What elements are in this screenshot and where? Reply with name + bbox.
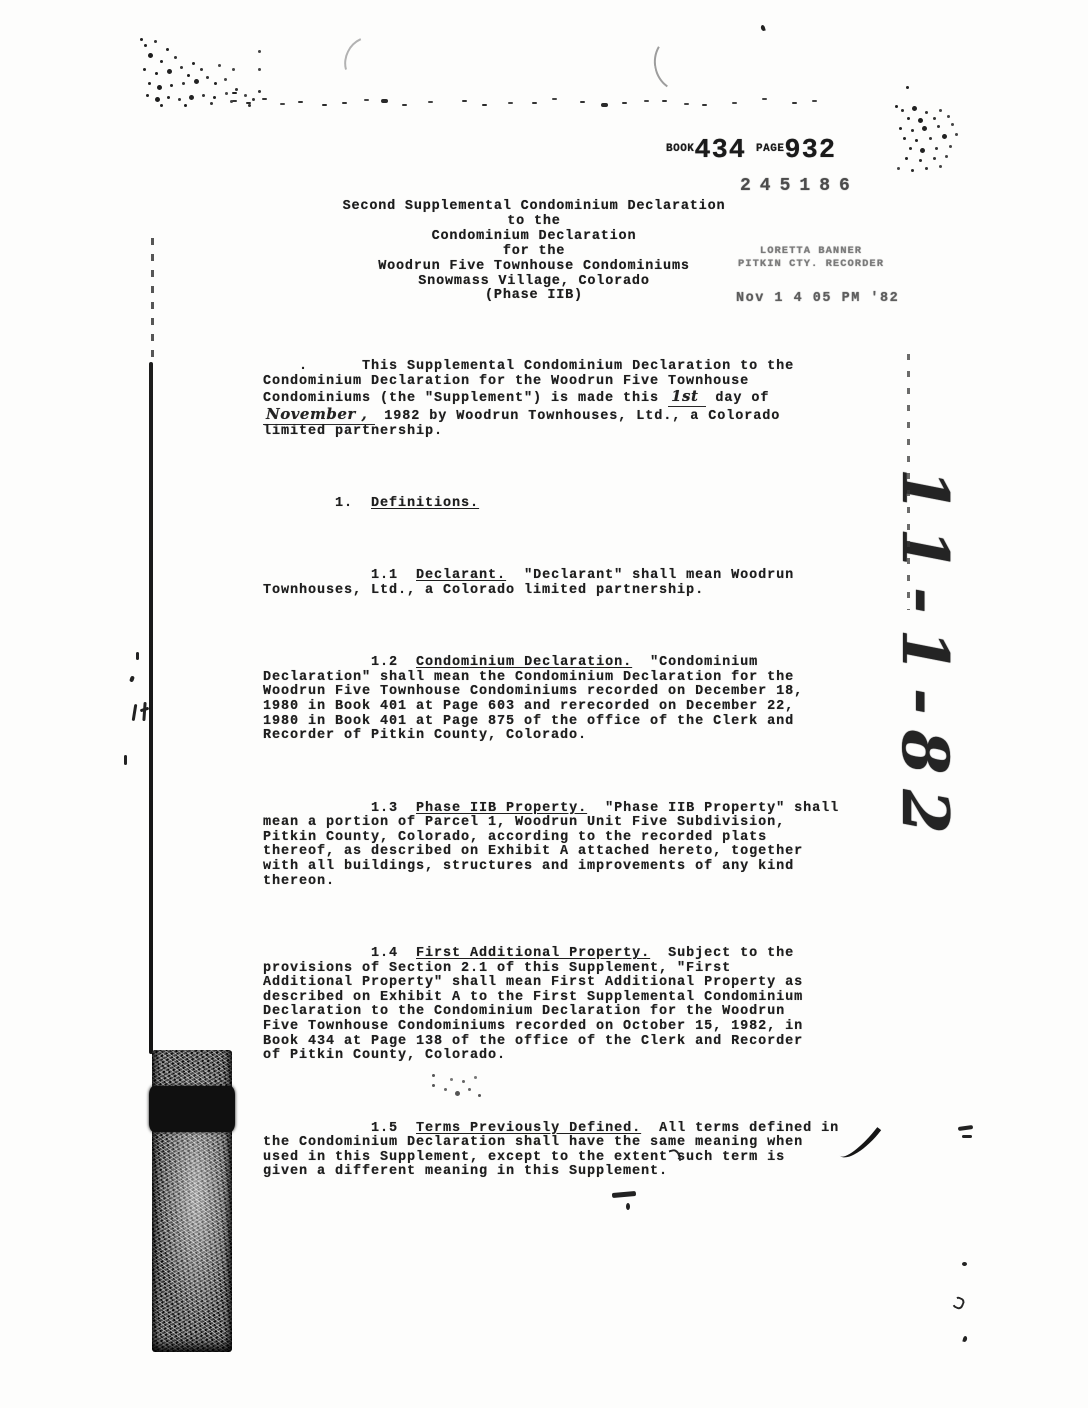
section-1-5-terms-previously-defined: 1.5 Terms Previously Defined. All terms … xyxy=(263,1122,863,1180)
scanned-document-page: BOOK434PAGE932 245186 LORETTA BANNERPITK… xyxy=(0,0,1088,1408)
section-heading: Definitions. xyxy=(371,496,479,511)
scan-right-dot xyxy=(962,1336,967,1343)
scan-speckle-bottom-center xyxy=(432,1074,435,1077)
book-number: 434 xyxy=(694,136,746,166)
section-1-3-phase-iib-property: 1.3 Phase IIB Property. "Phase IIB Prope… xyxy=(263,802,863,890)
handwritten-day: 1st xyxy=(668,387,706,407)
reception-number-stamp: 245186 xyxy=(740,176,859,196)
recorder-title: PITKIN CTY. RECORDER xyxy=(738,258,884,270)
scan-margin-mark xyxy=(142,702,146,721)
section-heading: Phase IIB Property. xyxy=(416,801,587,816)
scan-speckle-topright xyxy=(895,105,898,108)
scan-dot-mark xyxy=(626,1203,630,1210)
scan-line-right-dashes xyxy=(907,354,910,610)
intro-paragraph: . This Supplemental Condominium Declarat… xyxy=(263,360,863,439)
scan-arc-mark xyxy=(337,30,394,91)
scan-speckle-topband xyxy=(232,92,237,94)
scan-arc-mark xyxy=(649,29,712,97)
scan-speckle-topleft xyxy=(140,38,143,41)
section-1-2-condominium-declaration: 1.2 Condominium Declaration. "Condominiu… xyxy=(263,656,863,744)
section-definitions-heading: 1. Definitions. xyxy=(263,497,863,512)
section-number: 1.5 xyxy=(263,1121,416,1136)
date-stamp: Nov 1 4 05 PM '82 xyxy=(736,291,899,306)
handwritten-margin-note: 11-1-82 xyxy=(880,468,962,938)
scan-blotch-dark-band xyxy=(149,1086,235,1132)
page-label: PAGE xyxy=(756,143,784,155)
intro-text-mid: day of xyxy=(706,391,769,406)
section-number: 1.2 xyxy=(263,655,416,670)
scan-line-left-dashes xyxy=(151,238,154,364)
scan-margin-mark xyxy=(136,652,139,660)
section-heading: Condominium Declaration. xyxy=(416,655,632,670)
book-label: BOOK xyxy=(666,143,694,155)
section-heading: Terms Previously Defined. xyxy=(416,1121,641,1136)
scan-dot xyxy=(760,25,765,32)
scan-line-left xyxy=(149,362,153,1054)
book-page-stamp: BOOK434PAGE932 xyxy=(666,136,836,166)
handwritten-month: November , xyxy=(263,405,375,425)
scan-dot xyxy=(906,86,909,89)
document-title: Second Supplemental Condominium Declarat… xyxy=(338,200,730,304)
section-heading: First Additional Property. xyxy=(416,946,650,961)
section-number: 1.3 xyxy=(263,801,416,816)
scan-right-dot xyxy=(962,1262,967,1266)
scan-margin-mark xyxy=(124,755,127,765)
section-1-4-first-additional-property: 1.4 First Additional Property. Subject t… xyxy=(263,947,863,1064)
scan-margin-mark xyxy=(129,675,135,682)
section-number: 1.1 xyxy=(263,568,416,583)
section-number: 1.4 xyxy=(263,946,416,961)
section-1-1-declarant: 1.1 Declarant. "Declarant" shall mean Wo… xyxy=(263,569,863,598)
page-number: 932 xyxy=(784,136,836,166)
section-body: Subject to the provisions of Section 2.1… xyxy=(263,946,803,1063)
recorder-stamp: LORETTA BANNERPITKIN CTY. RECORDER xyxy=(736,245,886,270)
scan-right-squiggle xyxy=(951,1295,966,1310)
scan-right-dash xyxy=(958,1125,973,1131)
document-body: . This Supplemental Condominium Declarat… xyxy=(263,331,863,1223)
recorder-name: LORETTA BANNER xyxy=(760,245,862,257)
section-number: 1. xyxy=(263,496,371,511)
scan-margin-mark xyxy=(132,704,138,721)
scan-right-dash xyxy=(962,1135,972,1138)
section-heading: Declarant. xyxy=(416,568,506,583)
